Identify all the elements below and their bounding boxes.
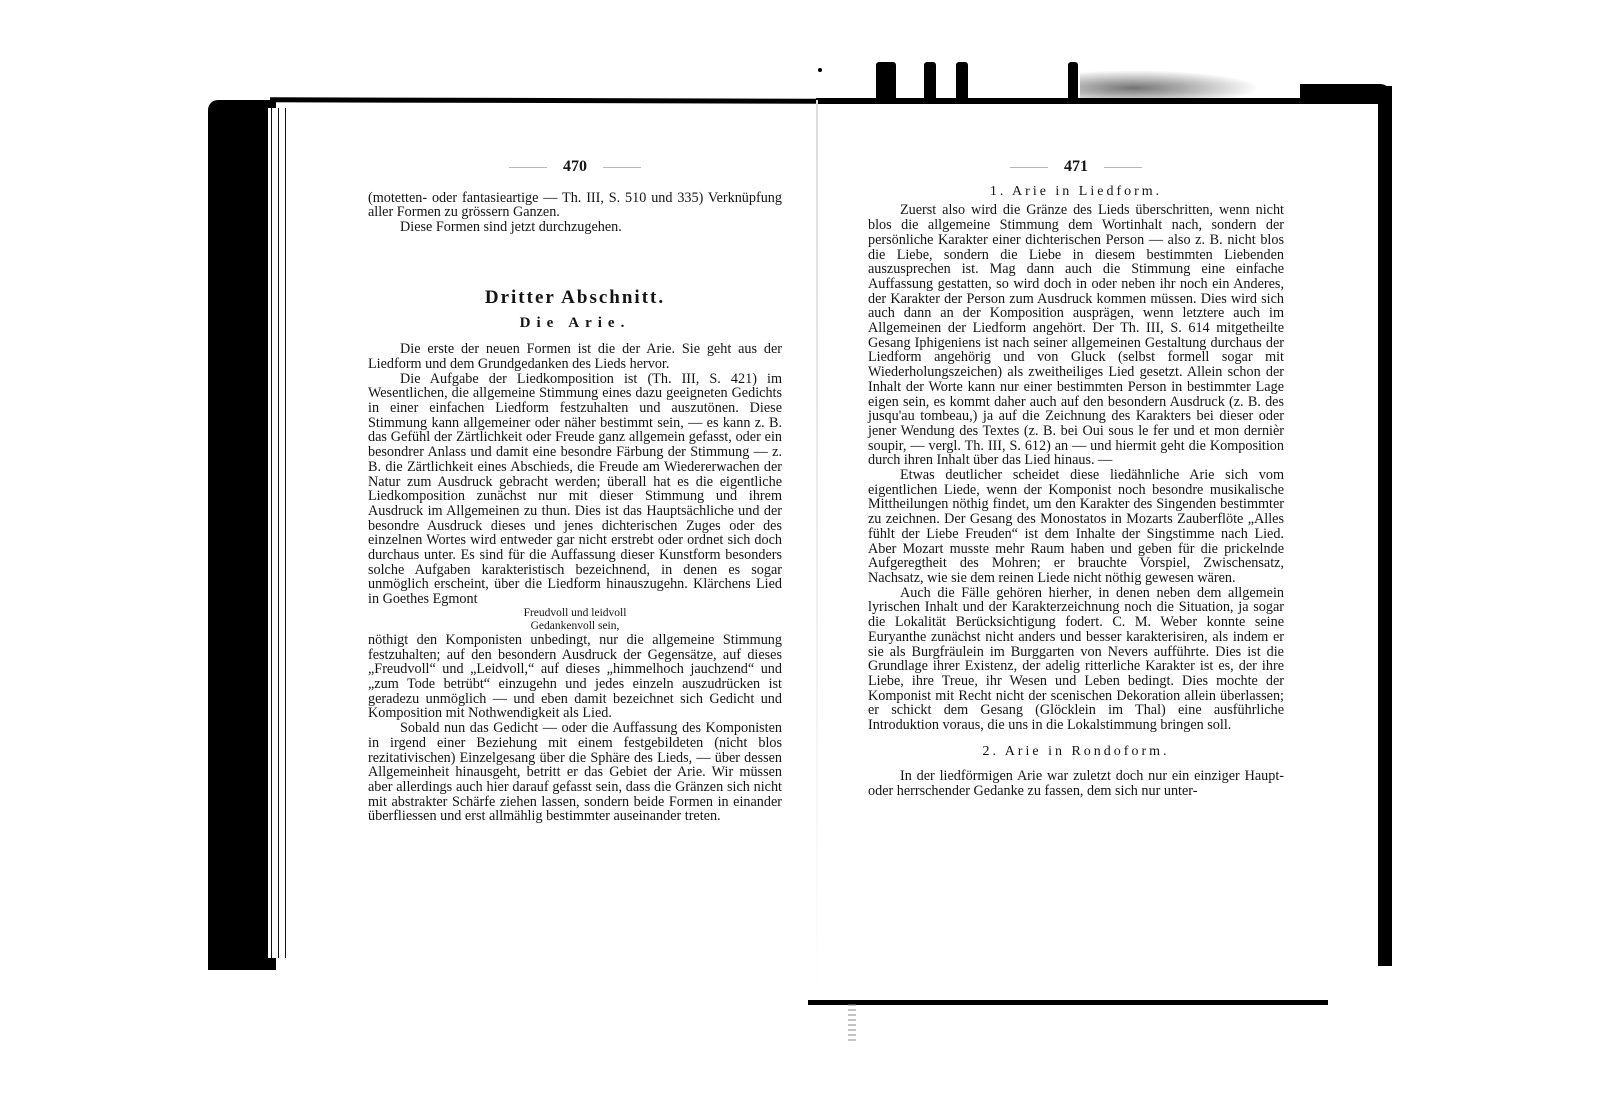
page-number: 470 [563, 158, 587, 175]
header-rule [603, 167, 641, 168]
paragraph: Etwas deutlicher scheidet diese liedähnl… [868, 468, 1284, 586]
header-rule [1104, 167, 1142, 168]
bookmark-tab [924, 62, 936, 102]
scan-speck [818, 68, 822, 72]
bookmark-tab [956, 62, 968, 102]
header-rule [1010, 167, 1048, 168]
page-header: 470 [368, 160, 782, 175]
paragraph: In der liedförmigen Arie war zuletzt doc… [868, 769, 1284, 798]
paragraph: Zuerst also wird die Gränze des Lieds üb… [868, 203, 1284, 468]
book-cover-right-edge [1378, 86, 1392, 966]
subsection-title: 2. Arie in Rondoform. [868, 745, 1284, 760]
verse-line: Gedankenvoll sein, [368, 620, 782, 633]
paragraph: Die Aufgabe der Liedkomposition ist (Th.… [368, 372, 782, 607]
page-fore-edge [268, 108, 290, 958]
verse-line: Freudvoll und leidvoll [368, 607, 782, 620]
header-rule [509, 167, 547, 168]
paragraph: Die erste der neuen Formen ist die der A… [368, 342, 782, 371]
right-page: 471 1. Arie in Liedform. Zuerst also wir… [868, 160, 1284, 799]
bookmark-tab [876, 62, 896, 102]
scan-smudge [1080, 70, 1260, 100]
book-cover-left-edge [208, 100, 276, 970]
page-number: 471 [1064, 158, 1088, 175]
left-page: 470 (motetten- oder fantasieartige — Th.… [368, 160, 782, 824]
page-top-edge-left [270, 97, 818, 103]
carryover-text: (motetten- oder fantasieartige — Th. III… [368, 191, 782, 220]
subsection-title: 1. Arie in Liedform. [868, 185, 1284, 200]
paragraph: nöthigt den Komponisten unbedingt, nur d… [368, 633, 782, 721]
book-gutter [816, 100, 818, 1000]
paragraph: Sobald nun das Gedicht — oder die Auffas… [368, 721, 782, 824]
paragraph: Auch die Fälle gehören hierher, in denen… [868, 586, 1284, 733]
page-bottom-edge [808, 1000, 1328, 1005]
section-title: Die Arie. [368, 316, 782, 331]
scan-noise [848, 1004, 856, 1044]
chapter-title: Dritter Abschnitt. [368, 291, 782, 306]
bookmark-tab [1068, 62, 1078, 102]
page-header: 471 [868, 160, 1284, 175]
carryover-text: Diese Formen sind jetzt durchzugehen. [368, 220, 782, 235]
